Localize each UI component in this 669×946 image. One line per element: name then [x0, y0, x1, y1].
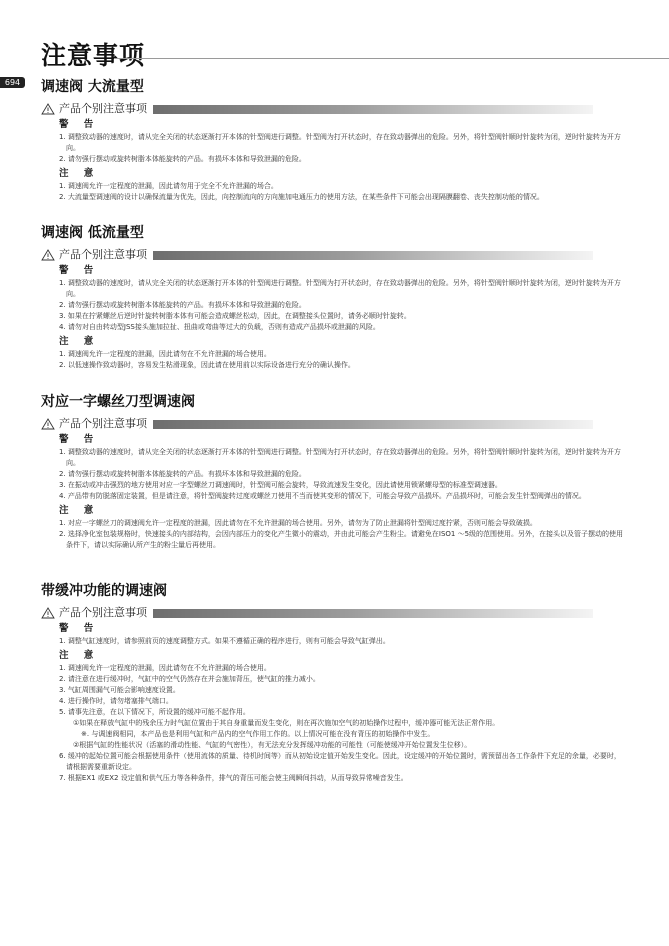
warning-item: 2. 请勿强行摆动或旋转树脂本体能旋转的产品。有损坏本体和导致泄漏的危险。: [59, 300, 626, 311]
page-title: 注意事项: [41, 40, 145, 72]
banner-label: 产品个别注意事项: [59, 102, 147, 116]
section-title: 调速阀 大流量型: [41, 77, 641, 97]
precaution-banner: 产品个别注意事项: [41, 606, 641, 620]
caution-item: 2. 大流量型调速阀的设计以确保流量为优先，因此，向控制流向的方向施加电通压力的…: [59, 192, 626, 203]
warning-item: 1. 调整致动器的速度时，请从完全关闭的状态逐渐打开本体的针型阀进行调整。针型阀…: [59, 447, 626, 469]
warning-item: 4. 产品带有防脱落固定装置，但是请注意，将针型阀旋转过度或螺丝刀使用不当而使其…: [59, 491, 626, 502]
warning-item: 3. 在振动或冲击强烈的地方使用对应一字型螺丝刀调速阀时，针型阀可能会旋转，导致…: [59, 480, 626, 491]
warning-triangle-icon: [41, 103, 55, 115]
caution-item: 2. 以低速操作致动器时，容易发生粘滑现象，因此请在使用前以实际设备进行充分的确…: [59, 360, 626, 371]
warning-triangle-icon: [41, 249, 55, 261]
warning-heading: 警 告: [59, 265, 641, 277]
section-cushion-type: 带缓冲功能的调速阀 产品个别注意事项 警 告 1. 调整气缸速度时，请参照前页的…: [41, 581, 641, 784]
warning-item: 1. 调整致动器的速度时，请从完全关闭的状态逐渐打开本体的针型阀进行调整。针型阀…: [59, 278, 626, 300]
banner-label: 产品个别注意事项: [59, 417, 147, 431]
warning-heading: 警 告: [59, 119, 641, 131]
banner-label: 产品个别注意事项: [59, 248, 147, 262]
caution-item: 1. 调速阀允许一定程度的泄漏，因此请勿在不允许泄漏的场合使用。: [59, 349, 626, 360]
caution-heading: 注 意: [59, 336, 641, 348]
gradient-bar: [153, 609, 593, 618]
warning-item: 1. 调整气缸速度时，请参照前页的速度调整方式。如果不遵循正确的程序进行，则有可…: [59, 636, 626, 647]
warning-heading: 警 告: [59, 434, 641, 446]
caution-item: 5. 请事先注意，在以下情况下，所设置的缓冲可能不起作用。: [59, 707, 626, 718]
caution-subitem: ②根据气缸的性能状况（活塞的滑动性能、气缸的气密性），有无法充分发挥缓冲功能的可…: [59, 740, 641, 751]
caution-item: 1. 调速阀允许一定程度的泄漏，因此请勿用于完全不允许泄漏的场合。: [59, 181, 626, 192]
warning-item: 3. 如果在拧紧螺丝后逆时针旋转树脂本体有可能会造成螺丝松动，因此，在调整接头位…: [59, 311, 626, 322]
warning-item: 4. 请勿对自由转动型JSS接头施加拉扯、扭曲或弯曲等过大的负载，否则有造成产品…: [59, 322, 626, 333]
warning-item: 2. 请勿强行摆动或旋转树脂本体能旋转的产品。有损坏本体和导致泄漏的危险。: [59, 154, 626, 165]
caution-heading: 注 意: [59, 650, 641, 662]
page-number-tab: 694: [0, 77, 25, 88]
warning-item: 1. 调整致动器的速度时，请从完全关闭的状态逐渐打开本体的针型阀进行调整。针型阀…: [59, 132, 626, 154]
caution-item: 3. 气缸周围漏气可能会影响速度设置。: [59, 685, 626, 696]
gradient-bar: [153, 420, 593, 429]
caution-heading: 注 意: [59, 505, 641, 517]
warning-triangle-icon: [41, 418, 55, 430]
caution-item: 1. 调速阀允许一定程度的泄漏，因此请勿在不允许泄漏的场合使用。: [59, 663, 626, 674]
precaution-banner: 产品个别注意事项: [41, 102, 641, 116]
caution-subitem: ①如果在释放气缸中的残余压力时气缸位置由于其自身重量而发生变化，则在再次施加空气…: [59, 718, 641, 729]
section-title: 调速阀 低流量型: [41, 223, 641, 243]
banner-label: 产品个别注意事项: [59, 606, 147, 620]
precaution-banner: 产品个别注意事项: [41, 248, 641, 262]
caution-item: 2. 请注意在进行缓冲时，气缸中的空气仍然存在并会施加背压，使气缸的推力减小。: [59, 674, 626, 685]
section-screwdriver-type: 对应一字螺丝刀型调速阀 产品个别注意事项 警 告 1. 调整致动器的速度时，请从…: [41, 392, 641, 551]
caution-item: 7. 根据EX1 或EX2 设定值和供气压力等各种条件，排气的背压可能会使主阀瞬…: [59, 773, 626, 784]
gradient-bar: [153, 251, 593, 260]
caution-item: 6. 缓冲的起始位置可能会根据使用条件（使用流体的质量、待机时间等）而从初始设定…: [59, 751, 626, 773]
gradient-bar: [153, 105, 593, 114]
section-title: 带缓冲功能的调速阀: [41, 581, 641, 601]
section-high-flow: 调速阀 大流量型 产品个别注意事项 警 告 1. 调整致动器的速度时，请从完全关…: [41, 77, 641, 203]
warning-triangle-icon: [41, 607, 55, 619]
title-divider: [114, 58, 669, 59]
caution-item: 4. 进行操作时，请勿堵塞排气端口。: [59, 696, 626, 707]
warning-heading: 警 告: [59, 623, 641, 635]
caution-note: ※. 与调速阀相同，本产品也是利用气缸和产品内的空气作用工作的。以上情况可能在没…: [59, 729, 649, 740]
section-title: 对应一字螺丝刀型调速阀: [41, 392, 641, 412]
caution-heading: 注 意: [59, 168, 641, 180]
caution-item: 1. 对应一字螺丝刀的调速阀允许一定程度的泄漏，因此请勿在不允许泄漏的场合使用。…: [59, 518, 626, 529]
precaution-banner: 产品个别注意事项: [41, 417, 641, 431]
caution-item: 2. 选择净化室包装规格时，快速接头的内部结构，会因内部压力的变化产生微小的震动…: [59, 529, 626, 551]
warning-item: 2. 请勿强行摆动或旋转树脂本体能旋转的产品。有损坏本体和导致泄漏的危险。: [59, 469, 626, 480]
section-low-flow: 调速阀 低流量型 产品个别注意事项 警 告 1. 调整致动器的速度时，请从完全关…: [41, 223, 641, 371]
